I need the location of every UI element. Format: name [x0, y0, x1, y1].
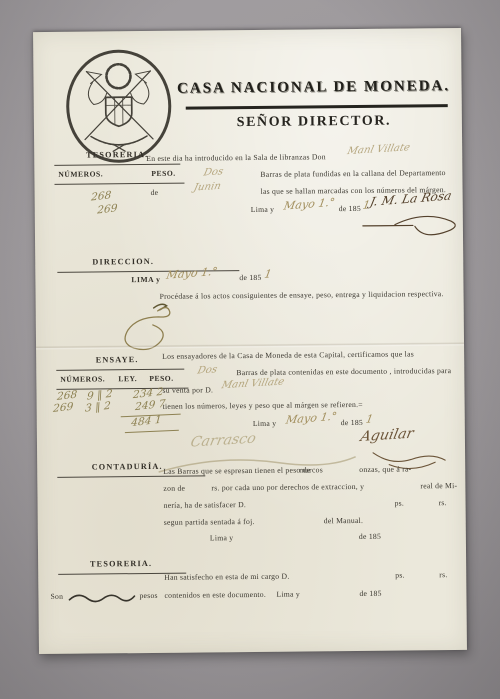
tesoreria1-lima: Lima y: [251, 206, 275, 215]
tesoreria1-line3-pre: de: [151, 189, 159, 198]
ensaye-row2-peso: 249 7: [135, 398, 166, 413]
tesoreria1-line3-handwriting: Junin: [193, 181, 222, 194]
ensaye-line3: su venta por D.: [162, 386, 213, 395]
contaduria-line3a: nería, ha de satisfacer D.: [164, 501, 247, 511]
tesoreria2-pesos: pesos: [139, 592, 157, 601]
ensaye-line2: Barras de plata contenidas en este docum…: [236, 367, 451, 378]
ensaye-signature-right: Aguilar: [359, 426, 415, 445]
ensaye-row2-numero: 269: [53, 401, 74, 415]
direccion-rubric: [120, 301, 192, 352]
tesoreria2-amount-squiggle: [68, 593, 136, 604]
ensaye-lima: Lima y: [253, 420, 277, 429]
tesoreria2-line1b: ps.: [395, 572, 405, 581]
tesoreria2-lima: Lima y: [276, 591, 300, 600]
tesoreria1-line1: En este dia ha introducido en la Sala de…: [146, 153, 326, 164]
tesoreria1-line1-handwriting: Manl Villate: [346, 142, 411, 157]
tesoreria1-line2-handwriting: Dos: [202, 166, 224, 178]
contaduria-lima: Lima y: [210, 534, 234, 543]
tesoreria2-line1a: Han satisfecho en esta de mi cargo D.: [164, 573, 289, 583]
tesoreria1-col-peso: PESO.: [151, 169, 175, 178]
contaduria-line3b: ps.: [395, 500, 405, 509]
ensaye-label: ENSAYE.: [56, 355, 178, 365]
tesoreria2-de-year: de 185: [359, 590, 381, 599]
ensaye-col-numeros: NÚMEROS.: [60, 374, 105, 383]
tesoreria1-signature-rubric: [361, 210, 461, 239]
direccion-de-year: de 185: [239, 274, 261, 283]
tesoreria2-son: Son: [50, 593, 63, 602]
contaduria-line2b: rs. por cada uno por derechos de extracc…: [211, 483, 364, 493]
margin-number-2: 269: [97, 202, 118, 216]
masthead-rule: [186, 104, 448, 109]
contaduria-de-year: de 185: [359, 533, 381, 542]
tesoreria1-rule-bottom: [54, 183, 184, 185]
contaduria-line1c: onzas, que á ra-: [359, 465, 411, 474]
ensaye-row2-ley: 3 ‖ 2: [85, 400, 111, 415]
ensaye-col-ley: LEY.: [118, 374, 137, 383]
contaduria-line2a: zon de: [163, 485, 185, 494]
direccion-year-handwriting: 1: [263, 267, 272, 281]
ensaye-line1: Los ensayadores de la Casa de Moneda de …: [162, 350, 414, 361]
contaduria-line1b: marcos: [299, 466, 323, 475]
ensaye-date-handwriting: Mayo 1.°: [285, 410, 338, 427]
tesoreria1-col-numeros: NÚMEROS.: [58, 169, 103, 178]
direccion-date-handwriting: Mayo 1.°: [165, 265, 218, 282]
peru-coat-of-arms-icon: [60, 47, 177, 166]
ensaye-line2-handwriting: Dos: [196, 364, 218, 376]
tesoreria2-line1c: rs.: [439, 571, 447, 580]
ensaye-signature-left: Carrasco: [189, 431, 257, 451]
document-paper: CASA NACIONAL DE MONEDA. SEÑOR DIRECTOR.…: [33, 28, 467, 654]
ensaye-total-peso: 484 1: [131, 414, 162, 429]
tesoreria2-line2a: contenidos en este documento.: [164, 591, 266, 601]
ensaye-col-peso: PESO.: [149, 374, 173, 383]
direccion-lima: LIMA y: [131, 275, 160, 284]
tesoreria1-de-year: de 185: [339, 205, 361, 214]
tesoreria1-line2: Barras de plata fundidas en la callana d…: [260, 169, 445, 180]
ensaye-rule-top: [56, 369, 184, 371]
contaduria-line4a: segun partida sentada á foj.: [164, 518, 255, 528]
ensaye-line3-handwriting: Manl Villate: [220, 376, 285, 391]
ensaye-year-handwriting: 1: [365, 412, 374, 426]
contaduria-line4b: del Manual.: [324, 517, 364, 526]
ensaye-total-underline: [125, 430, 179, 433]
ensaye-de-year: de 185: [341, 419, 363, 428]
tesoreria1-rule-top: [54, 164, 180, 166]
contaduria-line2c: real de Mi-: [420, 482, 457, 491]
contaduria-line3c: rs.: [439, 499, 447, 508]
document-subtitle: SEÑOR DIRECTOR.: [174, 113, 454, 132]
contaduria-line1a: Las Barras que se espresan tienen el pes…: [163, 466, 310, 476]
tesoreria2-label: TESORERIA.: [58, 559, 184, 569]
tesoreria1-date-handwriting: Mayo 1.°: [283, 196, 336, 213]
masthead-title: CASA NACIONAL DE MONEDA.: [173, 78, 453, 98]
direccion-label: DIRECCION.: [63, 257, 183, 267]
margin-number-1: 268: [91, 189, 112, 203]
direccion-body: Procédase á los actos consiguientes de e…: [160, 290, 444, 302]
